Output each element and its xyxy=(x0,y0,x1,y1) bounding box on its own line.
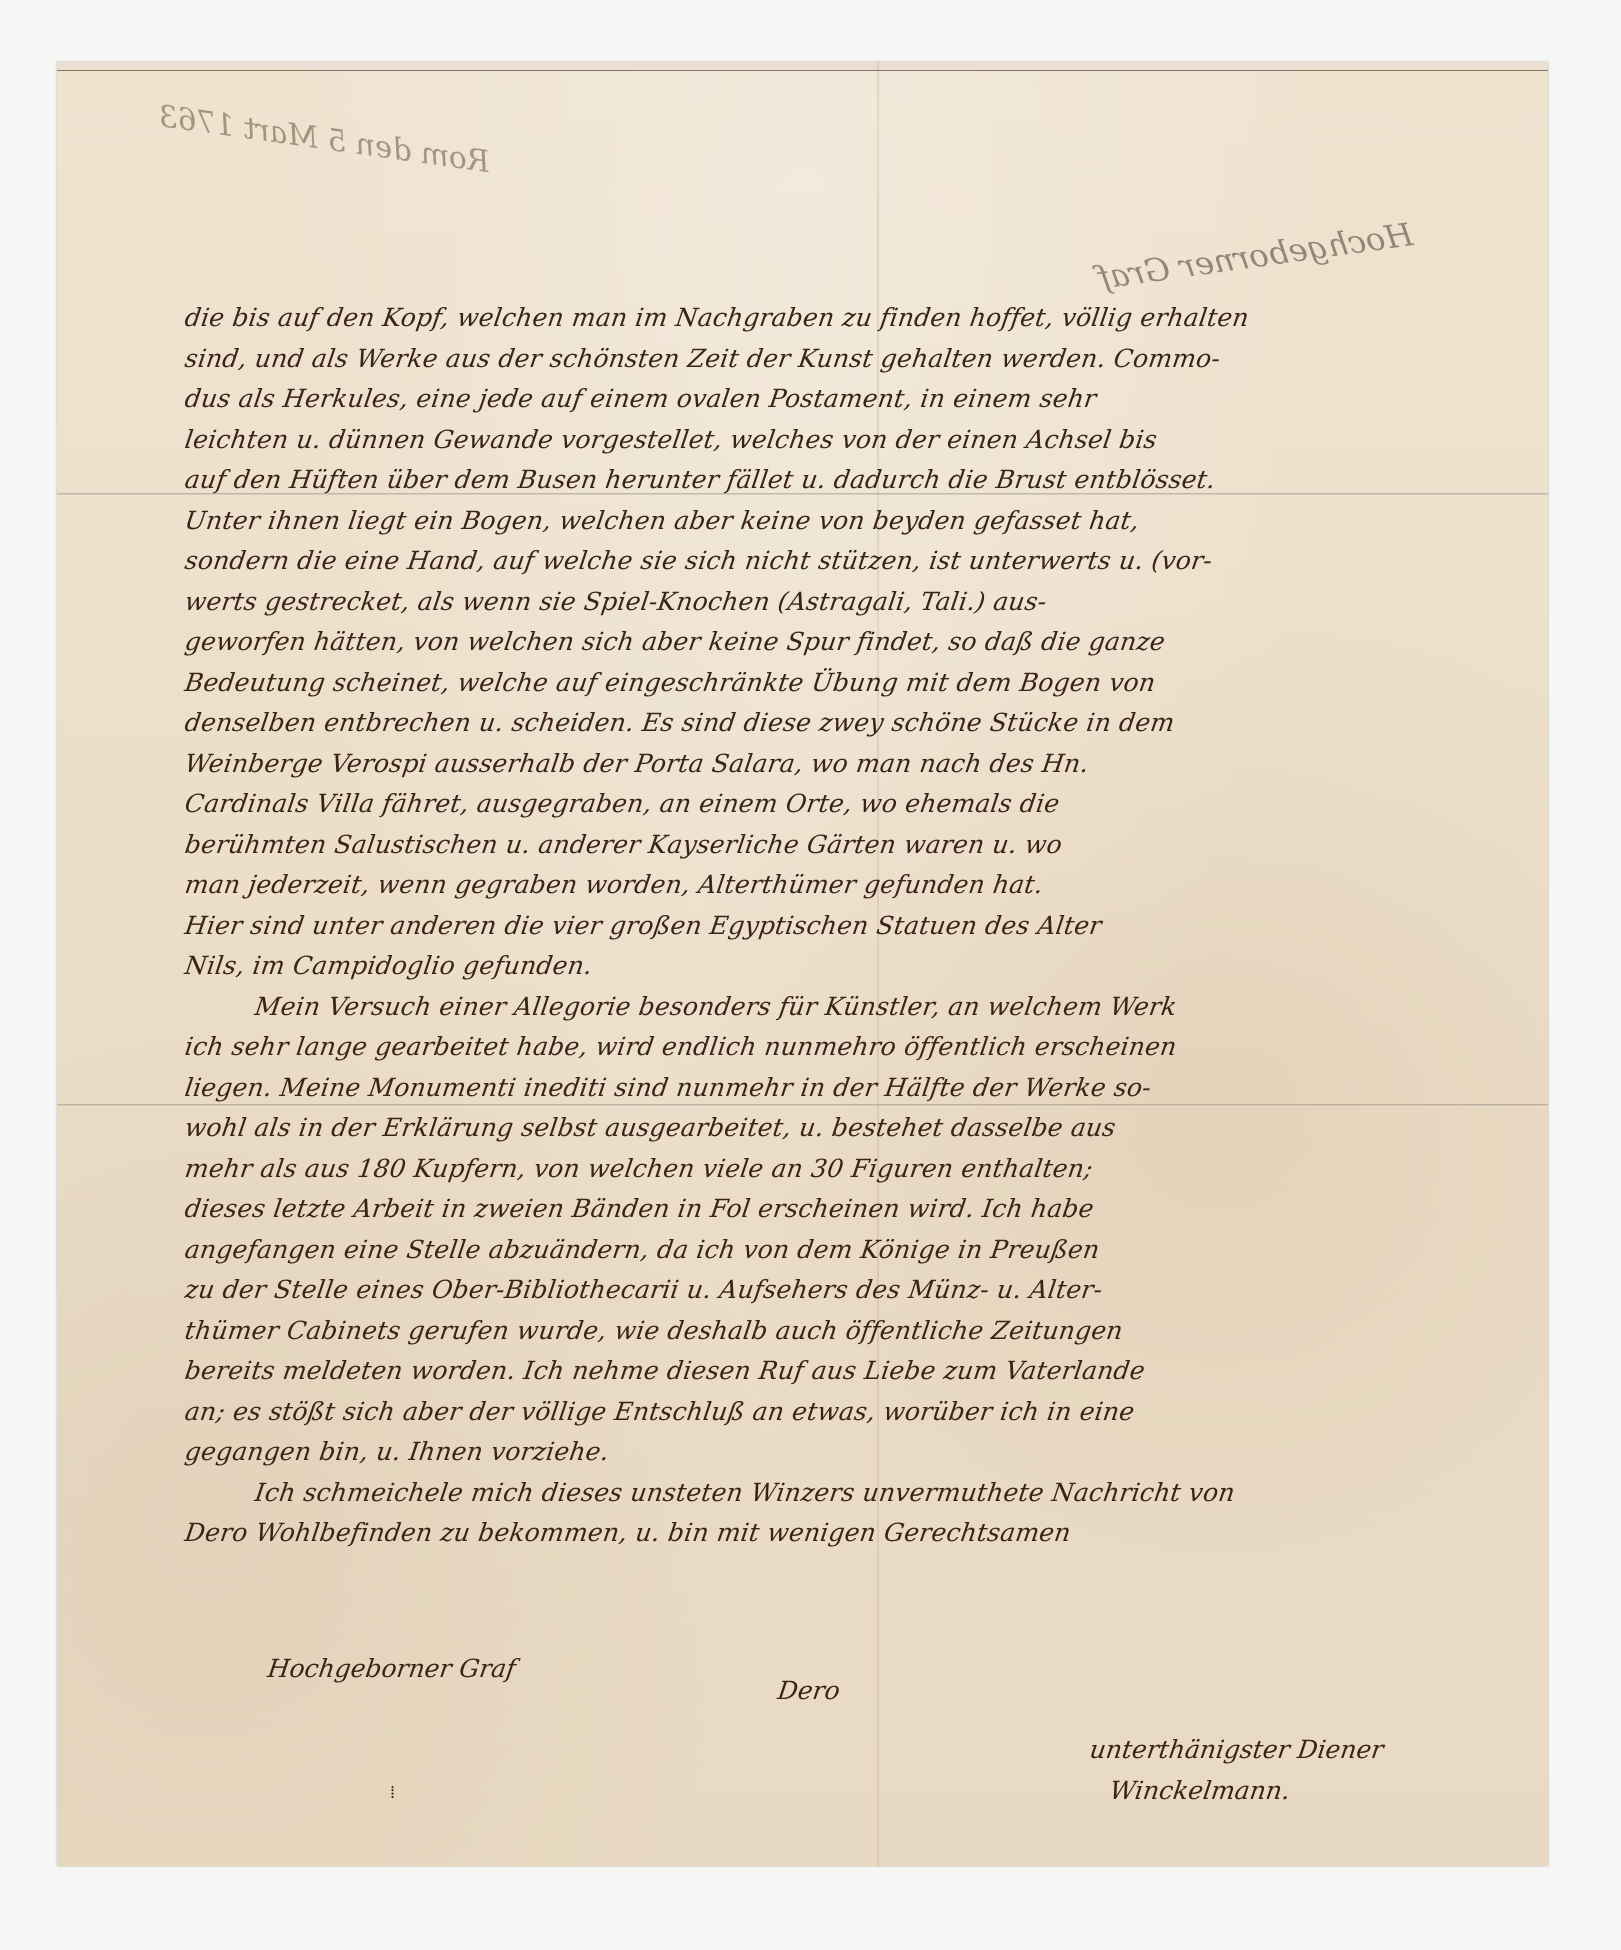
closing-dero: Dero xyxy=(776,1676,842,1705)
letter-line: Ich schmeichele mich dieses unsteten Win… xyxy=(182,1473,1488,1514)
letter-line: sondern die eine Hand, auf welche sie si… xyxy=(182,541,1488,582)
letter-line: Weinberge Verospi ausserhalb der Porta S… xyxy=(182,744,1488,785)
letter-line: die bis auf den Kopf, welchen man im Nac… xyxy=(182,298,1488,339)
letter-line: sind, und als Werke aus der schönsten Ze… xyxy=(182,339,1488,380)
letter-line: Mein Versuch einer Allegorie besonders f… xyxy=(182,987,1488,1028)
letter-line: mehr als aus 180 Kupfern, von welchen vi… xyxy=(182,1149,1488,1190)
closing-salutation: Hochgeborner Graf xyxy=(266,1654,518,1683)
letter-line: gegangen bin, u. Ihnen vorziehe. xyxy=(182,1432,1488,1473)
letter-line: Dero Wohlbefinden zu bekommen, u. bin mi… xyxy=(182,1513,1488,1554)
letter-line: dus als Herkules, eine jede auf einem ov… xyxy=(182,379,1488,420)
bleed-through-dateline: Rom den 5 Mart 1763 xyxy=(156,99,492,180)
signature: Winckelmann. xyxy=(1108,1776,1292,1805)
letter-line: dieses letzte Arbeit in zweien Bänden in… xyxy=(182,1189,1488,1230)
letter-line: auf den Hüften über dem Busen herunter f… xyxy=(182,460,1488,501)
letter-line: ich sehr lange gearbeitet habe, wird end… xyxy=(182,1027,1488,1068)
letter-line: leichten u. dünnen Gewande vorgestellet,… xyxy=(182,420,1488,461)
ink-mark: ⁞ xyxy=(390,1782,395,1803)
letter-line: werts gestrecket, als wenn sie Spiel-Kno… xyxy=(182,582,1488,623)
letter-line: Bedeutung scheinet, welche auf eingeschr… xyxy=(182,663,1488,704)
letter-body: die bis auf den Kopf, welchen man im Nac… xyxy=(185,298,1485,1554)
letter-line: angefangen eine Stelle abzuändern, da ic… xyxy=(182,1230,1488,1271)
letter-line: geworfen hätten, von welchen sich aber k… xyxy=(182,622,1488,663)
bleed-through-salutation: Hochgeborner Graf xyxy=(1096,215,1415,297)
letter-line: Cardinals Villa fähret, ausgegraben, an … xyxy=(182,784,1488,825)
letter-line: thümer Cabinets gerufen wurde, wie desha… xyxy=(182,1311,1488,1352)
letter-line: man jederzeit, wenn gegraben worden, Alt… xyxy=(182,865,1488,906)
letter-line: Nils, im Campidoglio gefunden. xyxy=(182,946,1488,987)
paper-top-edge xyxy=(57,62,1548,71)
letter-line: bereits meldeten worden. Ich nehme diese… xyxy=(182,1351,1488,1392)
closing-valediction: unterthänigster Diener xyxy=(1088,1735,1385,1764)
letter-line: Unter ihnen liegt ein Bogen, welchen abe… xyxy=(182,501,1488,542)
letter-line: denselben entbrechen u. scheiden. Es sin… xyxy=(182,703,1488,744)
letter-line: Hier sind unter anderen die vier großen … xyxy=(182,906,1488,947)
letter-line: wohl als in der Erklärung selbst ausgear… xyxy=(182,1108,1488,1149)
letter-line: berühmten Salustischen u. anderer Kayser… xyxy=(182,825,1488,866)
letter-line: liegen. Meine Monumenti inediti sind nun… xyxy=(182,1068,1488,1109)
letter-line: zu der Stelle eines Ober-Bibliothecarii … xyxy=(182,1270,1488,1311)
letter-line: an; es stößt sich aber der völlige Entsc… xyxy=(182,1392,1488,1433)
